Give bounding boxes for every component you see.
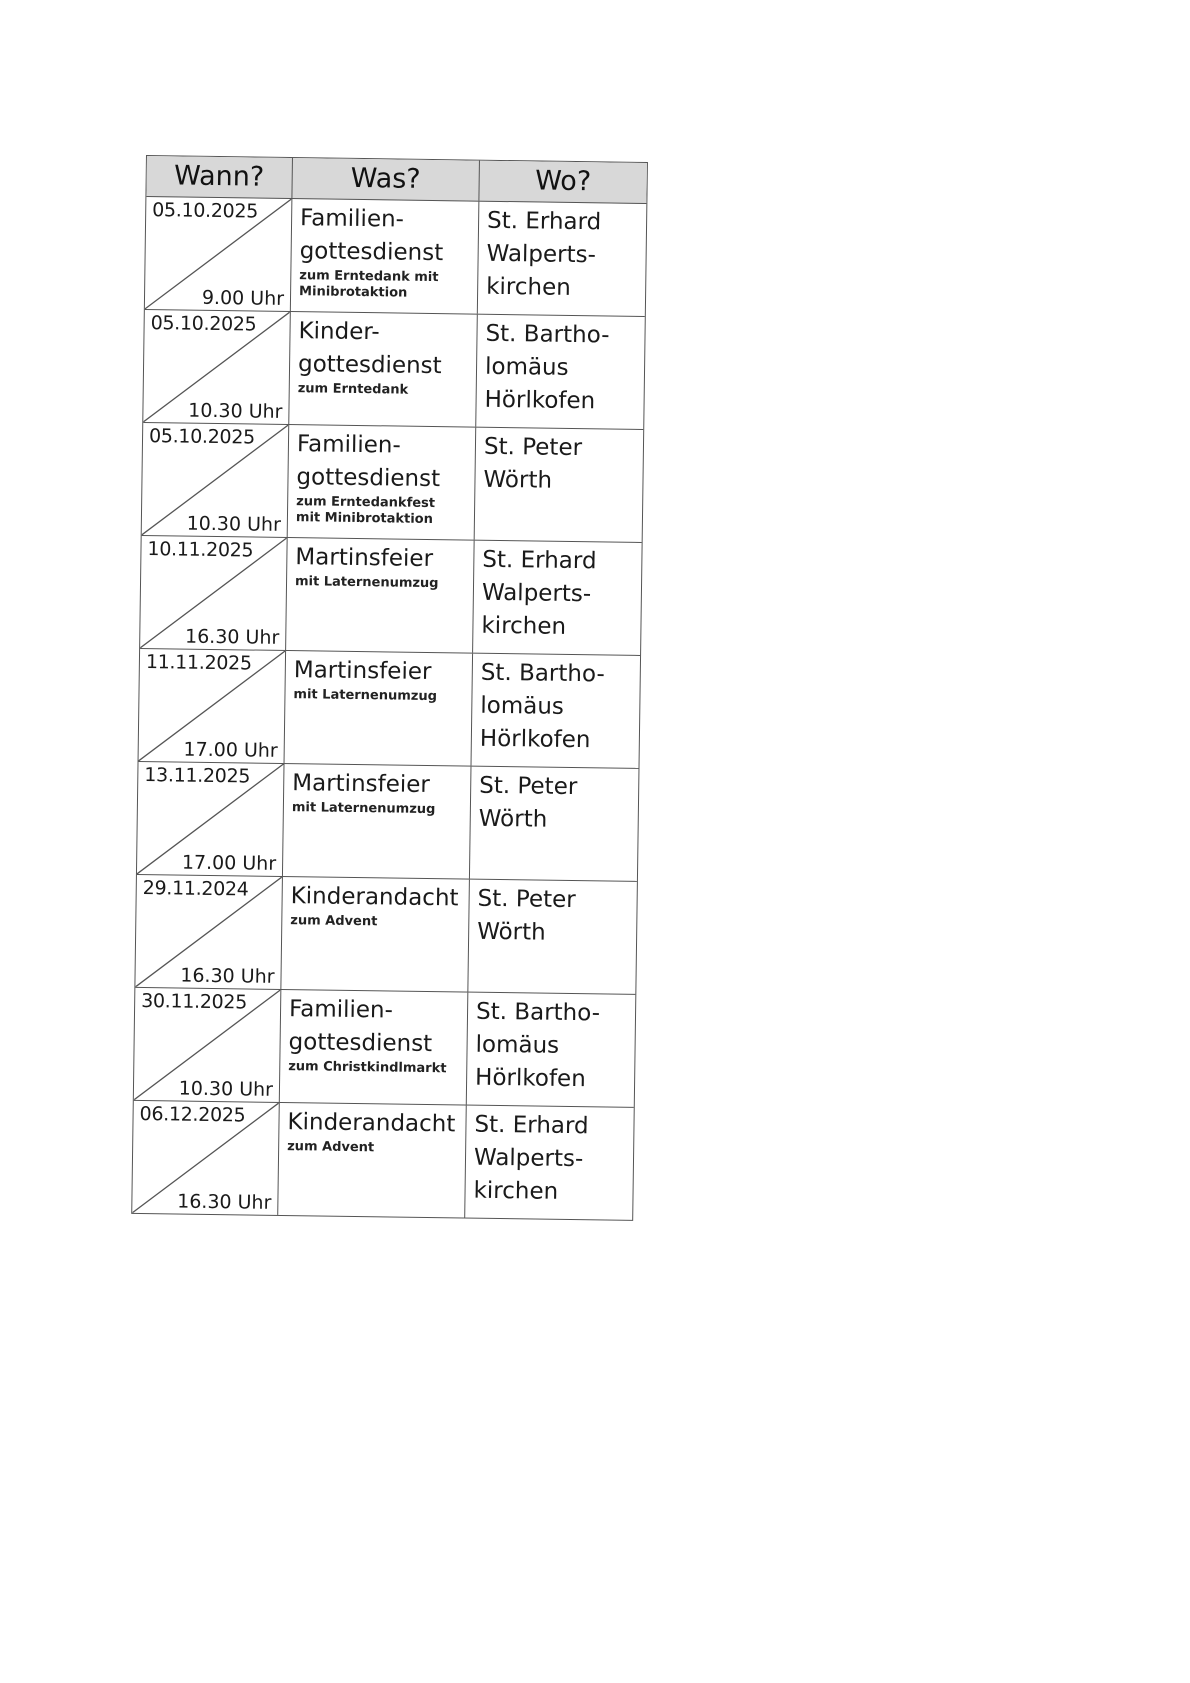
- location-line: St. Peter: [479, 770, 630, 805]
- event-date: 05.10.2025: [151, 312, 257, 335]
- event-date: 06.12.2025: [139, 1103, 245, 1126]
- where-cell: St. PeterWörth: [468, 880, 637, 994]
- location-line: St. Bartho-: [485, 318, 636, 353]
- when-cell: 30.11.202510.30 Uhr: [134, 988, 282, 1102]
- location-line: Walperts-: [486, 238, 637, 273]
- location-line: Wörth: [483, 464, 634, 499]
- location-line: St. Peter: [484, 431, 635, 466]
- event-time: 17.00 Uhr: [183, 739, 278, 762]
- location-line: kirchen: [481, 610, 632, 645]
- event-time: 17.00 Uhr: [182, 852, 277, 875]
- event-title-line: gottesdienst: [298, 348, 468, 383]
- what-cell: Kinderandachtzum Advent: [278, 1103, 467, 1218]
- event-subtitle-line: zum Advent: [287, 1139, 457, 1157]
- table-row: 13.11.202517.00 UhrMartinsfeiermit Later…: [137, 762, 639, 882]
- event-time: 16.30 Uhr: [180, 965, 275, 988]
- event-subtitle-line: mit Minibrotaktion: [296, 510, 466, 528]
- when-cell: 13.11.202517.00 Uhr: [137, 762, 285, 876]
- table-row: 30.11.202510.30 UhrFamilien-gottesdienst…: [134, 988, 636, 1108]
- event-title-line: Martinsfeier: [294, 654, 464, 689]
- location-line: Wörth: [477, 916, 628, 951]
- when-cell: 05.10.202510.30 Uhr: [143, 310, 291, 424]
- location-line: St. Erhard: [482, 544, 633, 579]
- where-cell: St. Bartho-lomäusHörlkofen: [476, 315, 645, 429]
- when-cell: 29.11.202416.30 Uhr: [135, 875, 283, 989]
- what-cell: Kinder-gottesdienstzum Erntedank: [289, 312, 478, 427]
- event-subtitle-line: mit Laternenumzug: [293, 687, 463, 705]
- location-line: lomäus: [485, 351, 636, 386]
- location-line: St. Bartho-: [481, 657, 632, 692]
- event-subtitle-line: zum Christkindlmarkt: [288, 1059, 458, 1077]
- event-subtitle-line: mit Laternenumzug: [295, 574, 465, 592]
- table-row: 11.11.202517.00 UhrMartinsfeiermit Later…: [139, 649, 641, 769]
- event-title-line: Familien-: [300, 202, 470, 237]
- event-time: 10.30 Uhr: [187, 513, 282, 536]
- location-line: St. Erhard: [487, 205, 638, 240]
- event-title-line: gottesdienst: [288, 1026, 458, 1061]
- event-title-line: Kinderandacht: [287, 1106, 457, 1141]
- header-when: Wann?: [146, 156, 293, 198]
- event-date: 29.11.2024: [143, 877, 249, 900]
- where-cell: St. PeterWörth: [470, 767, 639, 881]
- where-cell: St. Bartho-lomäusHörlkofen: [467, 993, 636, 1107]
- header-what: Was?: [292, 158, 480, 201]
- event-time: 9.00 Uhr: [202, 287, 284, 310]
- scanned-page: Wann? Was? Wo? 05.10.20259.00 UhrFamilie…: [0, 0, 1190, 1683]
- event-title-line: Martinsfeier: [292, 767, 462, 802]
- location-line: lomäus: [475, 1029, 626, 1064]
- event-date: 05.10.2025: [152, 199, 258, 222]
- what-cell: Familien-gottesdienstzum Erntedank mitMi…: [291, 199, 480, 314]
- where-cell: St. ErhardWalperts-kirchen: [478, 202, 647, 316]
- what-cell: Familien-gottesdienstzum Erntedankfestmi…: [288, 425, 477, 540]
- header-where: Wo?: [479, 161, 647, 203]
- location-line: Hörlkofen: [480, 723, 631, 758]
- event-title-line: gottesdienst: [296, 461, 466, 496]
- event-date: 30.11.2025: [141, 990, 247, 1013]
- event-title-line: gottesdienst: [299, 235, 469, 270]
- when-cell: 06.12.202516.30 Uhr: [132, 1101, 280, 1215]
- table-row: 05.10.202510.30 UhrKinder-gottesdienstzu…: [143, 310, 645, 430]
- location-line: kirchen: [473, 1175, 624, 1210]
- table-body: 05.10.20259.00 UhrFamilien-gottesdienstz…: [132, 197, 646, 1220]
- event-title-line: Kinder-: [298, 315, 468, 350]
- event-title-line: Kinderandacht: [290, 880, 460, 915]
- event-date: 13.11.2025: [144, 764, 250, 787]
- location-line: kirchen: [486, 271, 637, 306]
- event-time: 16.30 Uhr: [185, 626, 280, 649]
- event-date: 05.10.2025: [149, 425, 255, 448]
- event-date: 11.11.2025: [146, 651, 252, 674]
- location-line: lomäus: [480, 690, 631, 725]
- event-time: 16.30 Uhr: [177, 1191, 272, 1214]
- table-row: 05.10.20259.00 UhrFamilien-gottesdienstz…: [145, 197, 647, 317]
- location-line: Hörlkofen: [475, 1062, 626, 1097]
- what-cell: Martinsfeiermit Laternenumzug: [283, 764, 472, 879]
- table-row: 10.11.202516.30 UhrMartinsfeiermit Later…: [140, 536, 642, 656]
- where-cell: St. Bartho-lomäusHörlkofen: [472, 654, 641, 768]
- event-subtitle-line: zum Erntedank: [298, 381, 468, 399]
- event-title-line: Familien-: [297, 428, 467, 463]
- event-title-line: Martinsfeier: [295, 541, 465, 576]
- when-cell: 10.11.202516.30 Uhr: [140, 536, 288, 650]
- where-cell: St. ErhardWalperts-kirchen: [473, 541, 642, 655]
- table-row: 05.10.202510.30 UhrFamilien-gottesdienst…: [142, 423, 644, 543]
- table-row: 29.11.202416.30 UhrKinderandachtzum Adve…: [135, 875, 637, 995]
- event-time: 10.30 Uhr: [179, 1078, 274, 1101]
- where-cell: St. ErhardWalperts-kirchen: [465, 1106, 634, 1220]
- what-cell: Familien-gottesdienstzum Christkindlmark…: [280, 990, 469, 1105]
- location-line: Walperts-: [482, 577, 633, 612]
- location-line: St. Erhard: [474, 1109, 625, 1144]
- location-line: St. Bartho-: [476, 996, 627, 1031]
- location-line: Walperts-: [474, 1142, 625, 1177]
- where-cell: St. PeterWörth: [475, 428, 644, 542]
- event-date: 10.11.2025: [147, 538, 253, 561]
- when-cell: 05.10.20259.00 Uhr: [145, 197, 293, 311]
- table-row: 06.12.202516.30 UhrKinderandachtzum Adve…: [132, 1101, 634, 1220]
- event-schedule-table: Wann? Was? Wo? 05.10.20259.00 UhrFamilie…: [131, 155, 648, 1221]
- event-title-line: Familien-: [289, 993, 459, 1028]
- when-cell: 11.11.202517.00 Uhr: [139, 649, 287, 763]
- what-cell: Kinderandachtzum Advent: [281, 877, 470, 992]
- location-line: Wörth: [479, 803, 630, 838]
- when-cell: 05.10.202510.30 Uhr: [142, 423, 290, 537]
- what-cell: Martinsfeiermit Laternenumzug: [286, 538, 475, 653]
- table-header-row: Wann? Was? Wo?: [146, 156, 647, 204]
- location-line: St. Peter: [477, 883, 628, 918]
- event-subtitle-line: mit Laternenumzug: [292, 800, 462, 818]
- event-subtitle-line: zum Advent: [290, 913, 460, 931]
- what-cell: Martinsfeiermit Laternenumzug: [285, 651, 474, 766]
- event-time: 10.30 Uhr: [188, 400, 283, 423]
- location-line: Hörlkofen: [484, 384, 635, 419]
- event-subtitle-line: Minibrotaktion: [299, 284, 469, 302]
